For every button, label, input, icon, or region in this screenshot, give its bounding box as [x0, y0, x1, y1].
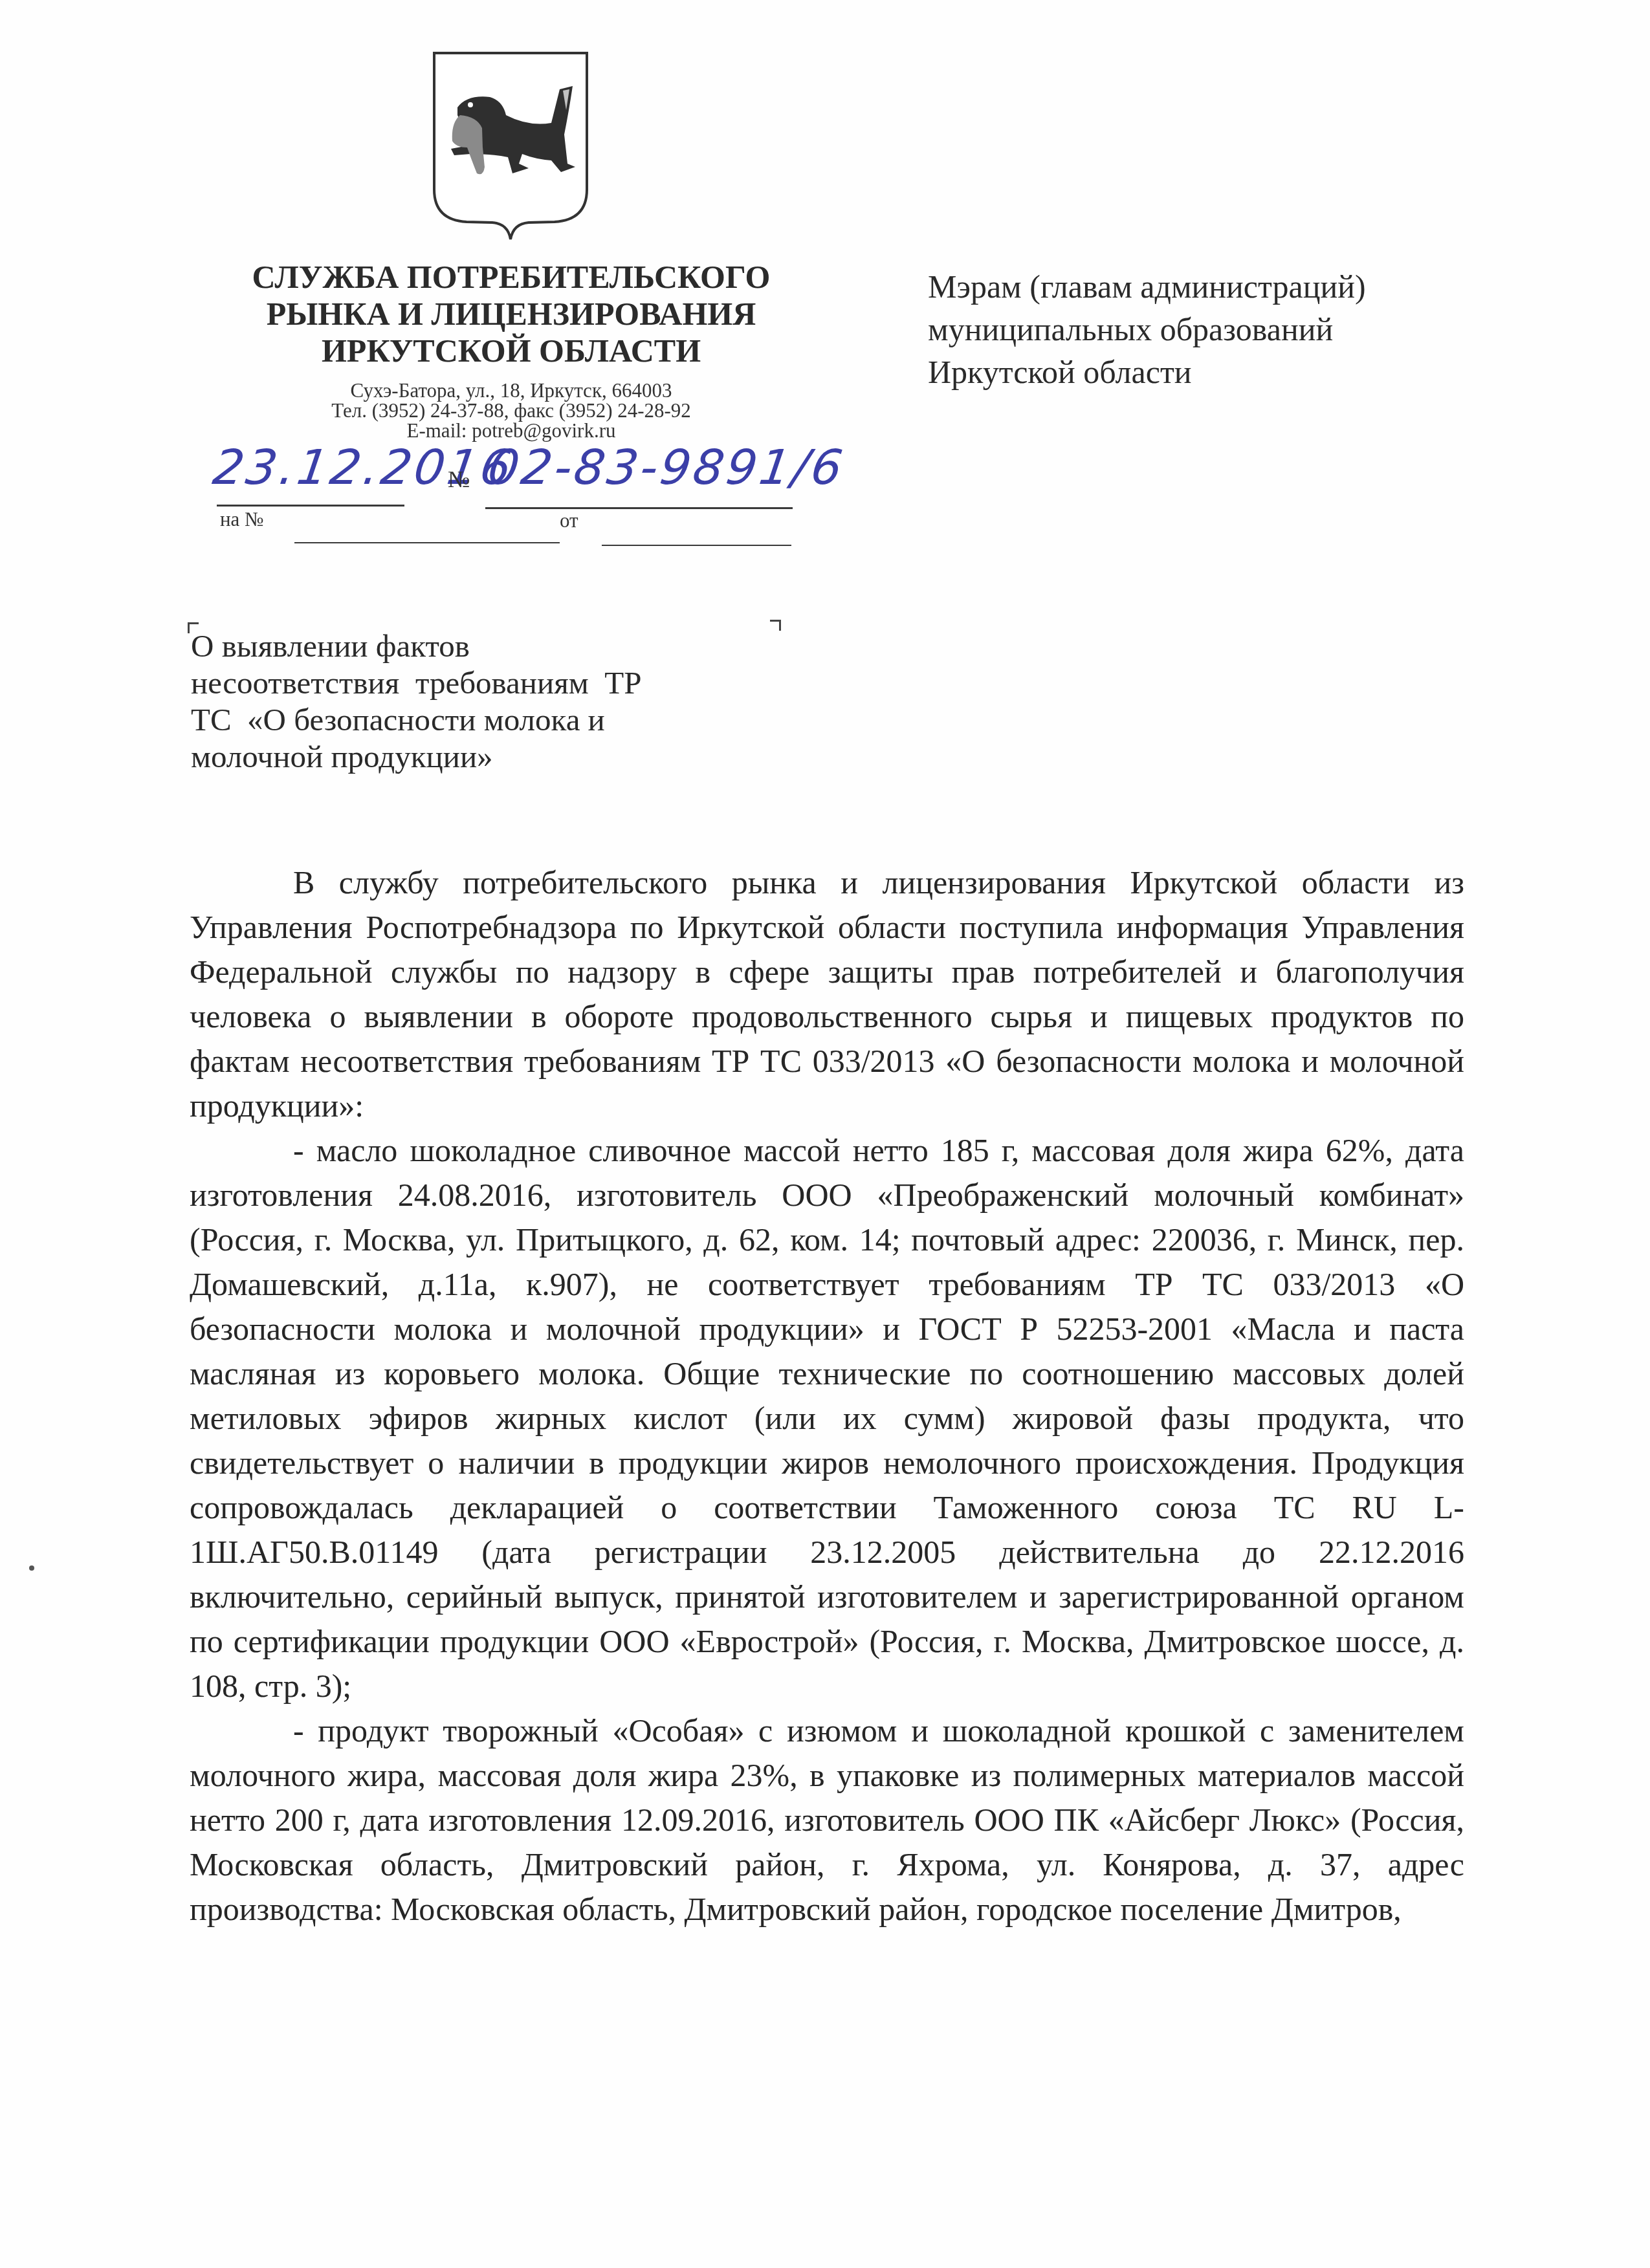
reply-from-label: от — [560, 509, 578, 532]
org-email: E-mail: potreb@govirk.ru — [214, 420, 809, 441]
letter-subject: О выявлении фактов несоответствия требов… — [191, 627, 786, 775]
org-name-line: СЛУЖБА ПОТРЕБИТЕЛЬСКОГО — [214, 259, 809, 296]
org-phone: Тел. (3952) 24-37-88, факс (3952) 24-28-… — [214, 400, 809, 420]
reply-from-underline — [602, 545, 791, 546]
number-sign: № — [448, 466, 470, 493]
letter-page: СЛУЖБА ПОТРЕБИТЕЛЬСКОГО РЫНКА И ЛИЦЕНЗИР… — [0, 0, 1650, 2268]
body-paragraph-item-butter: - масло шоколадное сливочное массой нетт… — [190, 1128, 1464, 1708]
handwritten-date: 23.12.2016 — [210, 440, 518, 496]
number-underline — [485, 507, 793, 509]
org-address: Сухэ-Батора, ул., 18, Иркутск, 664003 — [214, 380, 809, 400]
date-underline — [217, 505, 404, 507]
reply-to-number-underline — [294, 542, 560, 543]
body-paragraph-item-curd-product: - продукт творожный «Особая» с изюмом и … — [190, 1708, 1464, 1932]
org-name-line: РЫНКА И ЛИЦЕНЗИРОВАНИЯ — [214, 296, 809, 333]
handwritten-reference-number: 02-83-9891/6 — [485, 440, 848, 496]
outgoing-reference: 23.12.2016 № 02-83-9891/6 — [194, 440, 874, 518]
subject-line: молочной продукции» — [191, 738, 786, 775]
irkutsk-coat-of-arms-icon — [432, 50, 593, 245]
addressee-block: Мэрам (главам администраций) муниципальн… — [928, 265, 1510, 393]
organization-name: СЛУЖБА ПОТРЕБИТЕЛЬСКОГО РЫНКА И ЛИЦЕНЗИР… — [214, 259, 809, 369]
subject-line: О выявлении фактов — [191, 627, 786, 664]
org-name-line: ИРКУТСКОЙ ОБЛАСТИ — [214, 333, 809, 369]
letter-body: В службу потребительского рынка и лиценз… — [190, 860, 1464, 1932]
scan-speck — [29, 1565, 34, 1571]
reply-to-number-label: на № — [220, 508, 264, 531]
subject-line: ТС «О безопасности молока и — [191, 701, 786, 738]
body-paragraph-intro: В службу потребительского рынка и лиценз… — [190, 860, 1464, 1128]
subject-line: несоответствия требованиям ТР — [191, 664, 786, 701]
organization-contacts: Сухэ-Батора, ул., 18, Иркутск, 664003 Те… — [214, 380, 809, 441]
addressee-line: муниципальных образований — [928, 308, 1510, 351]
addressee-line: Мэрам (главам администраций) — [928, 265, 1510, 308]
addressee-line: Иркутской области — [928, 351, 1510, 393]
